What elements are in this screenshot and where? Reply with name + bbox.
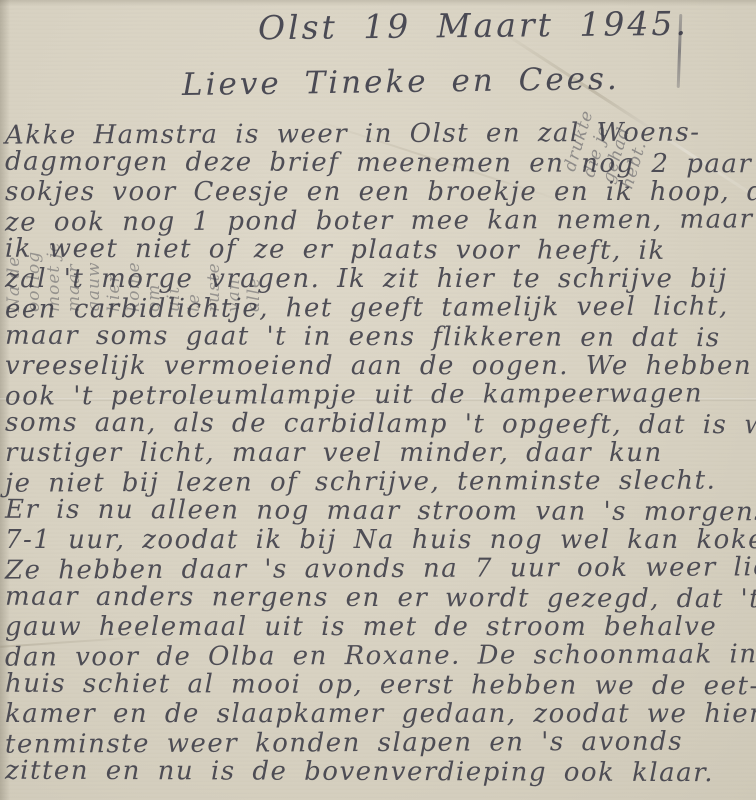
handwritten-line: maar soms gaat 't in eens flikkeren en d… [5,322,755,354]
handwritten-line: zitten en nu is de bovenverdieping ook k… [5,757,755,789]
handwritten-line: zal 't morge vragen. Ik zit hier te schr… [5,265,755,294]
handwritten-line: je niet bij lezen of schrijve, tenminste… [5,466,755,498]
letter-dateline: Olst 19 Maart 1945. [258,4,689,48]
handwritten-line: 7-1 uur, zoodat ik bij Na huis nog wel k… [5,526,755,555]
handwritten-line: dagmorgen deze brief meenemen en nog 2 p… [5,148,755,180]
handwritten-line: een carbidlichtje, het geeft tamelijk ve… [5,292,755,324]
handwritten-line: sokjes voor Ceesje en een broekje en ik … [5,178,755,207]
handwritten-line: tenminste weer konden slapen en 's avond… [5,727,755,759]
handwritten-line: dan voor de Olba en Roxane. De schoonmaa… [5,640,755,672]
handwritten-line: Ze hebben daar 's avonds na 7 uur ook we… [5,553,755,585]
letter-salutation: Lieve Tineke en Cees. [182,61,620,103]
handwritten-line: gauw heelemaal uit is met de stroom beha… [5,613,755,642]
handwritten-line: maar anders nergens en er wordt gezegd, … [5,583,755,615]
handwritten-line: ook 't petroleumlampje uit de kampeerwag… [5,379,755,411]
handwritten-line: Akke Hamstra is weer in Olst en zal Woen… [5,118,755,150]
letter-body: Akke Hamstra is weer in Olst en zal Woen… [5,120,755,787]
handwritten-line: kamer en de slaapkamer gedaan, zoodat we… [5,700,755,729]
handwritten-line: vreeselijk vermoeiend aan de oogen. We h… [5,352,755,381]
handwritten-line: Er is nu alleen nog maar stroom van 's m… [5,496,755,528]
handwritten-line: ze ook nog 1 pond boter mee kan nemen, m… [5,205,755,237]
handwritten-line: soms aan, als de carbidlamp 't opgeeft, … [5,409,755,441]
handwritten-line: huis schiet al mooi op, eerst hebben we … [5,670,755,702]
handwritten-letter-page: Na deoorlogmoet jemaargauwhierkomeomuitt… [0,0,756,800]
handwritten-line: ik weet niet of ze er plaats voor heeft,… [5,235,755,267]
handwritten-line: rustiger licht, maar veel minder, daar k… [5,439,755,468]
